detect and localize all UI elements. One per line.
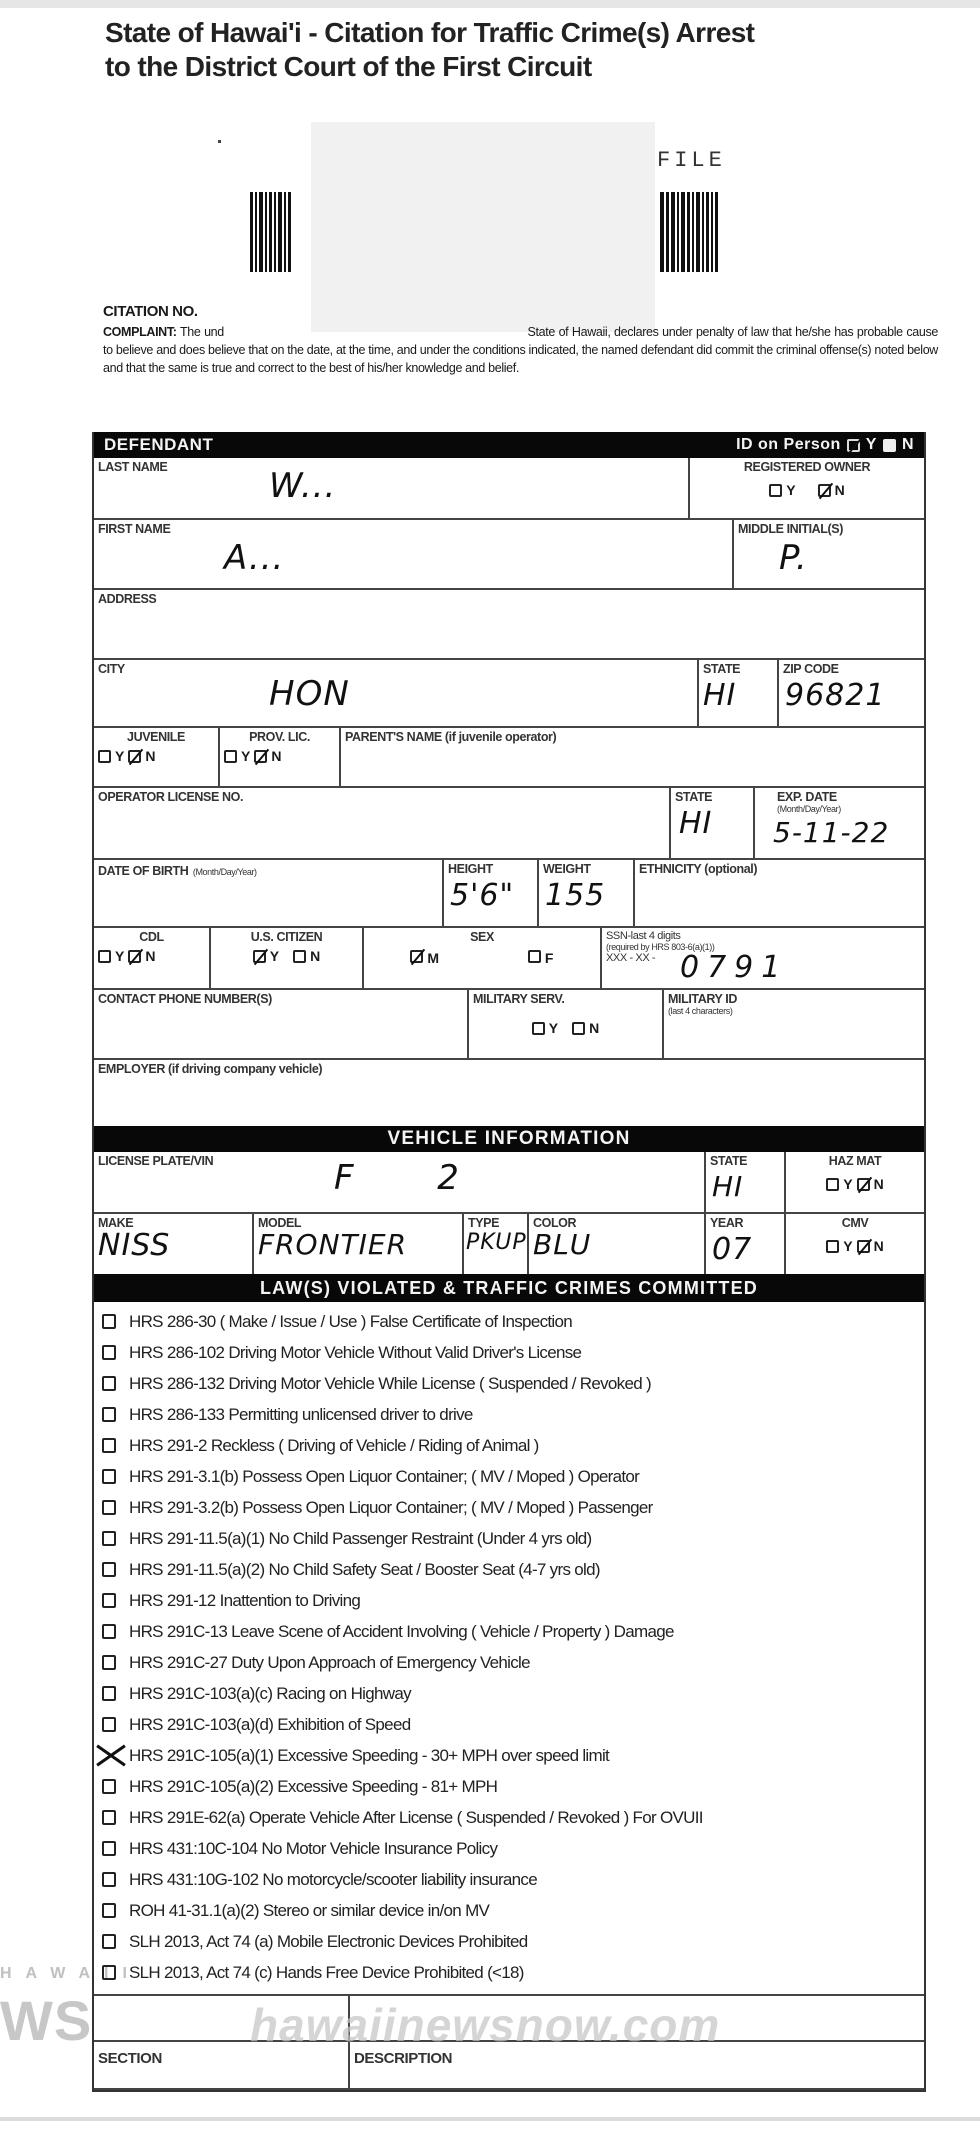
no-label: N [145,948,155,964]
weight-field[interactable]: WEIGHT 155 [539,860,635,926]
license-state-value: HI [679,806,712,841]
law-text: HRS 431:10G-102 No motorcycle/scooter li… [129,1870,537,1890]
title-line-1: State of Hawai'i - Citation for Traffic … [105,16,945,50]
exp-date-field[interactable]: EXP. DATE (Month/Day/Year) 5-11-22 [755,788,924,858]
hazmat-label: HAZ MAT [790,1154,920,1168]
dob-field[interactable]: DATE OF BIRTH (Month/Day/Year) [94,860,444,926]
law-checkbox[interactable] [102,1779,116,1794]
law-item[interactable]: HRS 291C-105(a)(2) Excessive Speeding - … [102,1771,916,1802]
cdl-no-checkbox[interactable] [128,950,141,963]
law-checkbox[interactable] [102,1810,116,1825]
us-citizen-label: U.S. CITIZEN [215,930,358,944]
law-item[interactable]: HRS 291C-27 Duty Upon Approach of Emerge… [102,1647,916,1678]
prov-lic-no-checkbox[interactable] [254,750,267,763]
year-value: 07 [712,1232,752,1267]
ssn-value: 0791 [680,950,788,985]
law-text: HRS 291C-103(a)(d) Exhibition of Speed [129,1715,410,1735]
law-text: HRS 291C-105(a)(2) Excessive Speeding - … [129,1777,497,1797]
title-line-2: to the District Court of the First Circu… [105,50,945,84]
watermark-top-text: HAWAII [0,1965,141,1983]
law-text: HRS 291-11.5(a)(2) No Child Safety Seat … [129,1560,600,1580]
no-label: N [835,482,845,498]
law-item[interactable]: HRS 291C-105(a)(1) Excessive Speeding - … [102,1740,916,1771]
sex-male-checkbox[interactable] [410,950,423,963]
law-item[interactable]: HRS 291-3.2(b) Possess Open Liquor Conta… [102,1492,916,1523]
height-label: HEIGHT [448,862,533,876]
barcode-left [250,192,291,272]
male-label: M [427,950,439,966]
citation-number-label: CITATION NO. [103,303,198,320]
exp-date-label: EXP. DATE [759,790,920,804]
operator-license-label: OPERATOR LICENSE NO. [98,790,665,804]
law-text: HRS 291C-103(a)(c) Racing on Highway [129,1684,411,1704]
law-text: ROH 41-31.1(a)(2) Stereo or similar devi… [129,1901,489,1921]
row-first-name: FIRST NAME A... MIDDLE INITIAL(S) P. [94,520,924,590]
law-text: HRS 431:10C-104 No Motor Vehicle Insuran… [129,1839,497,1859]
vehicle-title: VEHICLE INFORMATION [387,1128,630,1150]
law-item[interactable]: SLH 2013, Act 74 (a) Mobile Electronic D… [102,1926,916,1957]
military-id-hint: (last 4 characters) [668,1006,920,1016]
law-item[interactable]: HRS 291E-62(a) Operate Vehicle After Lic… [102,1802,916,1833]
no-label: N [589,1020,599,1036]
law-checkbox[interactable] [102,1841,116,1856]
yes-label: Y [549,1020,558,1036]
address-label: ADDRESS [98,592,920,606]
law-checkbox[interactable] [102,1655,116,1670]
license-state-label: STATE [675,790,749,804]
law-item[interactable]: ROH 41-31.1(a)(2) Stereo or similar devi… [102,1895,916,1926]
yes-label: Y [115,748,124,764]
description-label: DESCRIPTION [354,2050,920,2067]
cmv-no-checkbox[interactable] [857,1240,870,1253]
registered-owner-no-checkbox[interactable] [818,484,831,497]
type-value: PKUP [466,1230,527,1255]
state-value: HI [703,678,736,713]
exp-date-value: 5-11-22 [773,816,889,849]
color-value: BLU [533,1228,591,1261]
law-item[interactable]: HRS 291-12 Inattention to Driving [102,1585,916,1616]
license-state-field[interactable]: STATE HI [671,788,755,858]
law-text: HRS 286-102 Driving Motor Vehicle Withou… [129,1343,581,1363]
law-text: HRS 286-30 ( Make / Issue / Use ) False … [129,1312,572,1332]
prov-lic-label: PROV. LIC. [224,730,335,744]
ethnicity-field[interactable]: ETHNICITY (optional) [635,860,924,926]
hazmat-field: HAZ MAT Y N [786,1152,924,1212]
row-plate: LICENSE PLATE/VIN F 2 STATE HI HAZ MAT Y… [94,1152,924,1214]
row-contact: CONTACT PHONE NUMBER(S) MILITARY SERV. Y… [94,990,924,1060]
hazmat-yes-checkbox[interactable] [826,1178,839,1191]
military-serv-yes-checkbox[interactable] [532,1022,545,1035]
cmv-yes-checkbox[interactable] [826,1240,839,1253]
watermark-logo-text: WS [0,1988,92,2053]
law-text: HRS 291-2 Reckless ( Driving of Vehicle … [129,1436,539,1456]
cdl-field: CDL Y N [94,928,211,988]
ssn-label: SSN-last 4 digits [606,930,920,942]
military-serv-field: MILITARY SERV. Y N [469,990,664,1058]
employer-label: EMPLOYER (if driving company vehicle) [98,1062,920,1076]
first-name-field[interactable]: FIRST NAME A... [94,520,734,588]
bottom-border [0,2117,980,2121]
barcode-right [660,192,718,272]
us-citizen-field: U.S. CITIZEN Y N [211,928,364,988]
yes-label: Y [241,748,250,764]
law-item[interactable]: SLH 2013, Act 74 (c) Hands Free Device P… [102,1957,916,1988]
law-text: HRS 291E-62(a) Operate Vehicle After Lic… [129,1808,703,1828]
law-text: HRS 291-3.2(b) Possess Open Liquor Conta… [129,1498,653,1518]
no-label: N [902,436,914,454]
employer-field[interactable]: EMPLOYER (if driving company vehicle) [94,1060,924,1126]
law-item[interactable]: HRS 291C-103(a)(d) Exhibition of Speed [102,1709,916,1740]
us-citizen-yes-checkbox[interactable] [253,950,266,963]
law-item[interactable]: HRS 286-132 Driving Motor Vehicle While … [102,1368,916,1399]
law-item[interactable]: HRS 291-2 Reckless ( Driving of Vehicle … [102,1430,916,1461]
row-address: ADDRESS [94,590,924,660]
complaint-text: COMPLAINT: The und State of Hawaii, decl… [103,323,938,377]
city-label: CITY [98,662,693,676]
zip-label: ZIP CODE [783,662,920,676]
complaint-start: The und [180,325,224,339]
law-item[interactable]: HRS 431:10G-102 No motorcycle/scooter li… [102,1864,916,1895]
parents-name-label: PARENT'S NAME (if juvenile operator) [345,730,920,744]
military-id-label: MILITARY ID [668,992,920,1006]
address-field[interactable]: ADDRESS [94,590,924,658]
phone-field[interactable]: CONTACT PHONE NUMBER(S) [94,990,469,1058]
no-label: N [310,948,320,964]
year-label: YEAR [710,1216,780,1230]
vehicle-state-value: HI [712,1170,743,1203]
law-text: HRS 286-133 Permitting unlicensed driver… [129,1405,473,1425]
cdl-yes-checkbox[interactable] [98,950,111,963]
zip-field[interactable]: ZIP CODE 96821 [779,660,924,726]
type-field[interactable]: TYPE PKUP [464,1214,529,1274]
state-label: STATE [703,662,773,676]
vehicle-header: VEHICLE INFORMATION [94,1126,924,1152]
middle-initial-value: P. [779,538,808,578]
law-checkbox[interactable] [102,1903,116,1918]
law-item[interactable]: HRS 291-11.5(a)(1) No Child Passenger Re… [102,1523,916,1554]
law-checkbox[interactable] [102,1686,116,1701]
juvenile-no-checkbox[interactable] [128,750,141,763]
cmv-field: CMV Y N [786,1214,924,1274]
citation-form: DEFENDANT ID on Person Y N LAST NAME W..… [92,432,926,2092]
juvenile-yes-checkbox[interactable] [98,750,111,763]
zip-value: 96821 [785,678,885,713]
law-checkbox[interactable] [102,1500,116,1515]
juvenile-label: JUVENILE [98,730,214,744]
plate-field[interactable]: LICENSE PLATE/VIN F 2 [94,1152,706,1212]
law-checkbox[interactable] [102,1934,116,1949]
id-on-person-yes-checkbox[interactable] [847,439,860,452]
make-field[interactable]: MAKE NISS [94,1214,254,1274]
law-item[interactable]: HRS 431:10C-104 No Motor Vehicle Insuran… [102,1833,916,1864]
row-city: CITY HON STATE HI ZIP CODE 96821 [94,660,924,728]
row-dob: DATE OF BIRTH (Month/Day/Year) HEIGHT 5'… [94,860,924,928]
law-checkbox[interactable] [102,1593,116,1608]
vehicle-state-field[interactable]: STATE HI [706,1152,786,1212]
top-border [0,0,980,8]
middle-initial-label: MIDDLE INITIAL(S) [738,522,920,536]
law-text: HRS 291-3.1(b) Possess Open Liquor Conta… [129,1467,639,1487]
vehicle-state-label: STATE [710,1154,780,1168]
redaction-block [311,122,655,332]
law-item[interactable]: HRS 286-30 ( Make / Issue / Use ) False … [102,1306,916,1337]
row-last-name: LAST NAME W... REGISTERED OWNER Y N [94,458,924,520]
female-label: F [545,950,554,966]
row-make: MAKE NISS MODEL FRONTIER TYPE PKUP COLOR… [94,1214,924,1274]
last-name-label: LAST NAME [98,460,684,474]
exp-date-hint: (Month/Day/Year) [759,804,920,814]
law-item[interactable]: HRS 291-11.5(a)(2) No Child Safety Seat … [102,1554,916,1585]
height-field[interactable]: HEIGHT 5'6" [444,860,539,926]
first-name-value: A... [224,538,284,578]
checked-x-mark-icon[interactable] [102,1748,116,1763]
law-text: HRS 291C-13 Leave Scene of Accident Invo… [129,1622,674,1642]
military-serv-label: MILITARY SERV. [473,992,658,1006]
law-item[interactable]: HRS 291C-13 Leave Scene of Accident Invo… [102,1616,916,1647]
registered-owner-field: REGISTERED OWNER Y N [690,458,924,518]
state-field[interactable]: STATE HI [699,660,779,726]
cdl-label: CDL [98,930,205,944]
registered-owner-label: REGISTERED OWNER [694,460,920,474]
city-value: HON [269,674,350,714]
law-checkbox[interactable] [102,1717,116,1732]
sex-label: SEX [368,930,596,944]
operator-license-field[interactable]: OPERATOR LICENSE NO. [94,788,671,858]
row-operator-license: OPERATOR LICENSE NO. STATE HI EXP. DATE … [94,788,924,860]
model-value: FRONTIER [258,1228,407,1261]
military-serv-no-checkbox[interactable] [572,1022,585,1035]
law-item[interactable]: HRS 286-133 Permitting unlicensed driver… [102,1399,916,1430]
defendant-title: DEFENDANT [104,435,213,455]
id-on-person-no-checkbox[interactable] [883,439,896,452]
military-id-field[interactable]: MILITARY ID (last 4 characters) [664,990,924,1058]
no-label: N [145,748,155,764]
law-checkbox[interactable] [102,1624,116,1639]
make-value: NISS [98,1228,170,1263]
registered-owner-yes-checkbox[interactable] [769,484,782,497]
dob-hint: (Month/Day/Year) [193,867,257,877]
law-item[interactable]: HRS 291C-103(a)(c) Racing on Highway [102,1678,916,1709]
laws-list: HRS 286-30 ( Make / Issue / Use ) False … [94,1302,924,1994]
prov-lic-yes-checkbox[interactable] [224,750,237,763]
law-checkbox[interactable] [102,1376,116,1391]
juvenile-field: JUVENILE Y N [94,728,220,786]
id-on-person: ID on Person Y N [736,436,914,454]
complaint-body: State of Hawaii, declares under penalty … [103,325,938,375]
law-item[interactable]: HRS 286-102 Driving Motor Vehicle Withou… [102,1337,916,1368]
cmv-label: CMV [790,1216,920,1230]
yes-label: Y [866,436,877,454]
type-label: TYPE [468,1216,523,1230]
defendant-header: DEFENDANT ID on Person Y N [94,432,924,458]
plate-value: F 2 [334,1158,460,1198]
height-value: 5'6" [450,878,514,913]
no-label: N [874,1238,884,1254]
color-field[interactable]: COLOR BLU [529,1214,706,1274]
us-citizen-no-checkbox[interactable] [293,950,306,963]
dob-label: DATE OF BIRTH [98,864,188,878]
law-checkbox[interactable] [102,1407,116,1422]
yes-label: Y [270,948,279,964]
sex-field: SEX M F [364,928,602,988]
no-label: N [874,1176,884,1192]
law-text: HRS 291-11.5(a)(1) No Child Passenger Re… [129,1529,592,1549]
law-item[interactable]: HRS 291-3.1(b) Possess Open Liquor Conta… [102,1461,916,1492]
law-checkbox[interactable] [102,1562,116,1577]
city-field[interactable]: CITY HON [94,660,699,726]
law-text: HRS 291C-27 Duty Upon Approach of Emerge… [129,1653,530,1673]
law-text: SLH 2013, Act 74 (c) Hands Free Device P… [129,1963,524,1983]
document-title: State of Hawai'i - Citation for Traffic … [105,16,945,84]
first-name-label: FIRST NAME [98,522,728,536]
ssn-field[interactable]: SSN-last 4 digits (required by HRS 803-6… [602,928,924,988]
complaint-label: COMPLAINT: [103,325,177,339]
file-label: FILE [657,148,726,173]
ethnicity-label: ETHNICITY (optional) [639,862,920,876]
yes-label: Y [843,1238,852,1254]
model-field[interactable]: MODEL FRONTIER [254,1214,464,1274]
phone-label: CONTACT PHONE NUMBER(S) [98,992,463,1006]
hazmat-no-checkbox[interactable] [857,1178,870,1191]
laws-title: LAW(S) VIOLATED & TRAFFIC CRIMES COMMITT… [260,1278,758,1299]
row-cdl: CDL Y N U.S. CITIZEN Y N SEX M F SSN-las… [94,928,924,990]
law-text: HRS 291C-105(a)(1) Excessive Speeding - … [129,1746,609,1766]
weight-value: 155 [545,878,605,913]
section-label: SECTION [98,2050,344,2067]
laws-header: LAW(S) VIOLATED & TRAFFIC CRIMES COMMITT… [94,1274,924,1302]
last-name-value: W... [269,466,336,506]
law-checkbox[interactable] [102,1531,116,1546]
last-name-field[interactable]: LAST NAME W... [94,458,690,518]
row-employer: EMPLOYER (if driving company vehicle) [94,1060,924,1126]
year-field[interactable]: YEAR 07 [706,1214,786,1274]
sex-female-checkbox[interactable] [528,950,541,963]
law-checkbox[interactable] [102,1314,116,1329]
watermark-site-text: hawaiinewsnow.com [250,1998,720,2052]
yes-label: Y [786,482,795,498]
law-text: HRS 291-12 Inattention to Driving [129,1591,360,1611]
law-checkbox[interactable] [102,1469,116,1484]
parents-name-field[interactable]: PARENT'S NAME (if juvenile operator) [341,728,924,786]
row-juvenile: JUVENILE Y N PROV. LIC. Y N PARENT'S NAM… [94,728,924,788]
law-checkbox[interactable] [102,1872,116,1887]
law-text: HRS 286-132 Driving Motor Vehicle While … [129,1374,651,1394]
prov-lic-field: PROV. LIC. Y N [220,728,341,786]
middle-initial-field[interactable]: MIDDLE INITIAL(S) P. [734,520,924,588]
yes-label: Y [115,948,124,964]
law-text: SLH 2013, Act 74 (a) Mobile Electronic D… [129,1932,528,1952]
yes-label: Y [843,1176,852,1192]
law-checkbox[interactable] [102,1438,116,1453]
speck [218,140,221,143]
law-checkbox[interactable] [102,1345,116,1360]
weight-label: WEIGHT [543,862,629,876]
no-label: N [271,748,281,764]
id-on-person-label: ID on Person [736,436,841,454]
